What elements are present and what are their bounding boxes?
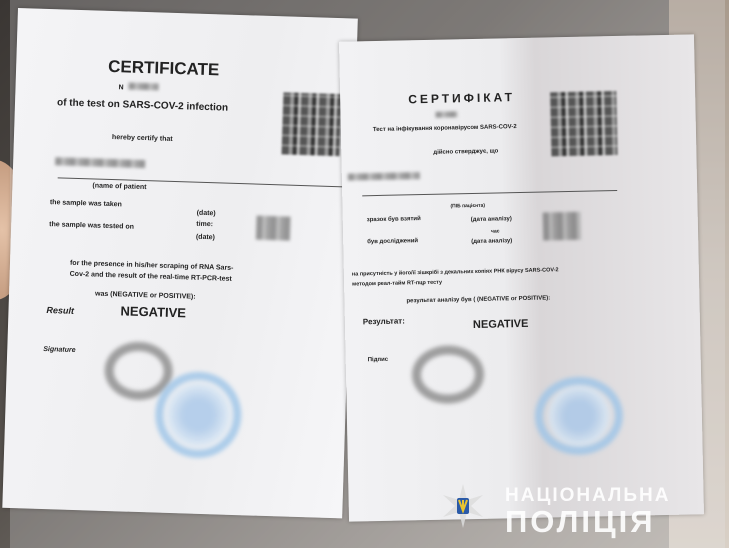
ua-subtitle: Тест на інфікування коронавірусом SARS-C…: [373, 124, 517, 133]
ua-patient-name-line: [362, 190, 617, 196]
certificate-english: CERTIFICATE N of the test on SARS-COV-2 …: [2, 8, 358, 518]
ua-redacted-stamp: [534, 376, 624, 456]
was-text: was (NEGATIVE or POSITIVE):: [95, 291, 196, 301]
ua-redacted-number: [435, 111, 457, 117]
ua-patient-label: (ПІБ пацієнта): [450, 203, 485, 210]
certificate-ukrainian: СЕРТИФІКАТ Тест на інфікування коронавір…: [339, 34, 704, 521]
result-label: Result: [46, 305, 74, 316]
ua-redacted-patient-name: [348, 172, 420, 181]
date-label-2: (date): [196, 234, 215, 242]
ua-sample-taken-label: зразок був взятий: [367, 216, 421, 223]
redacted-qr-code: [282, 92, 342, 156]
police-watermark: НАЦІОНАЛЬНА ПОЛІЦІЯ: [505, 485, 670, 537]
patient-label: (name of patient: [92, 182, 146, 191]
redacted-patient-name: [55, 157, 145, 168]
redacted-stamp: [154, 371, 243, 460]
ua-signature-label: Підпис: [368, 357, 389, 363]
police-star-trident-icon: [440, 483, 486, 529]
sample-tested-label: the sample was tested on: [49, 221, 134, 231]
redacted-number: [128, 83, 158, 91]
ua-was-text: результат аналізу був ( (NEGATIVE or POS…: [406, 295, 550, 304]
presence-text-1: for the presence in his/her scraping of …: [70, 260, 234, 272]
ua-certify-text: дійсно стверджує, що: [433, 148, 498, 155]
ua-redacted-dates: [543, 212, 582, 241]
ua-sample-tested-label: був досліджений: [367, 238, 418, 245]
date-label-1: (date): [197, 210, 216, 218]
ua-date-label-2: (дата аналізу): [471, 238, 512, 245]
certificate-title: CERTIFICATE: [108, 57, 220, 80]
ua-redacted-signature: [411, 345, 484, 404]
watermark-line2: ПОЛІЦІЯ: [505, 507, 670, 537]
certify-text: hereby certify that: [112, 134, 173, 143]
signature-label: Signature: [43, 346, 76, 354]
result-value: NEGATIVE: [120, 303, 186, 320]
certificate-subtitle: of the test on SARS-COV-2 infection: [57, 97, 228, 113]
ua-redacted-qr-code: [550, 91, 617, 156]
ua-date-label-1: (дата аналізу): [471, 216, 512, 223]
redacted-dates: [256, 216, 291, 241]
certificate-number-label: N: [118, 84, 123, 91]
ua-time-label: час: [491, 228, 500, 234]
presence-text-2: Cov-2 and the result of the real-time RT…: [70, 271, 232, 283]
ua-certificate-title: СЕРТИФІКАТ: [408, 90, 515, 106]
sample-taken-label: the sample was taken: [50, 199, 122, 208]
ua-presence-text-2: методом реал-тайм RT-пцр тесту: [352, 280, 442, 288]
ua-result-label: Результат:: [363, 316, 405, 326]
time-label: time:: [196, 221, 213, 229]
ua-result-value: NEGATIVE: [473, 318, 529, 331]
ua-presence-text-1: на присутність у його/її зішкрібі з дека…: [352, 267, 559, 277]
